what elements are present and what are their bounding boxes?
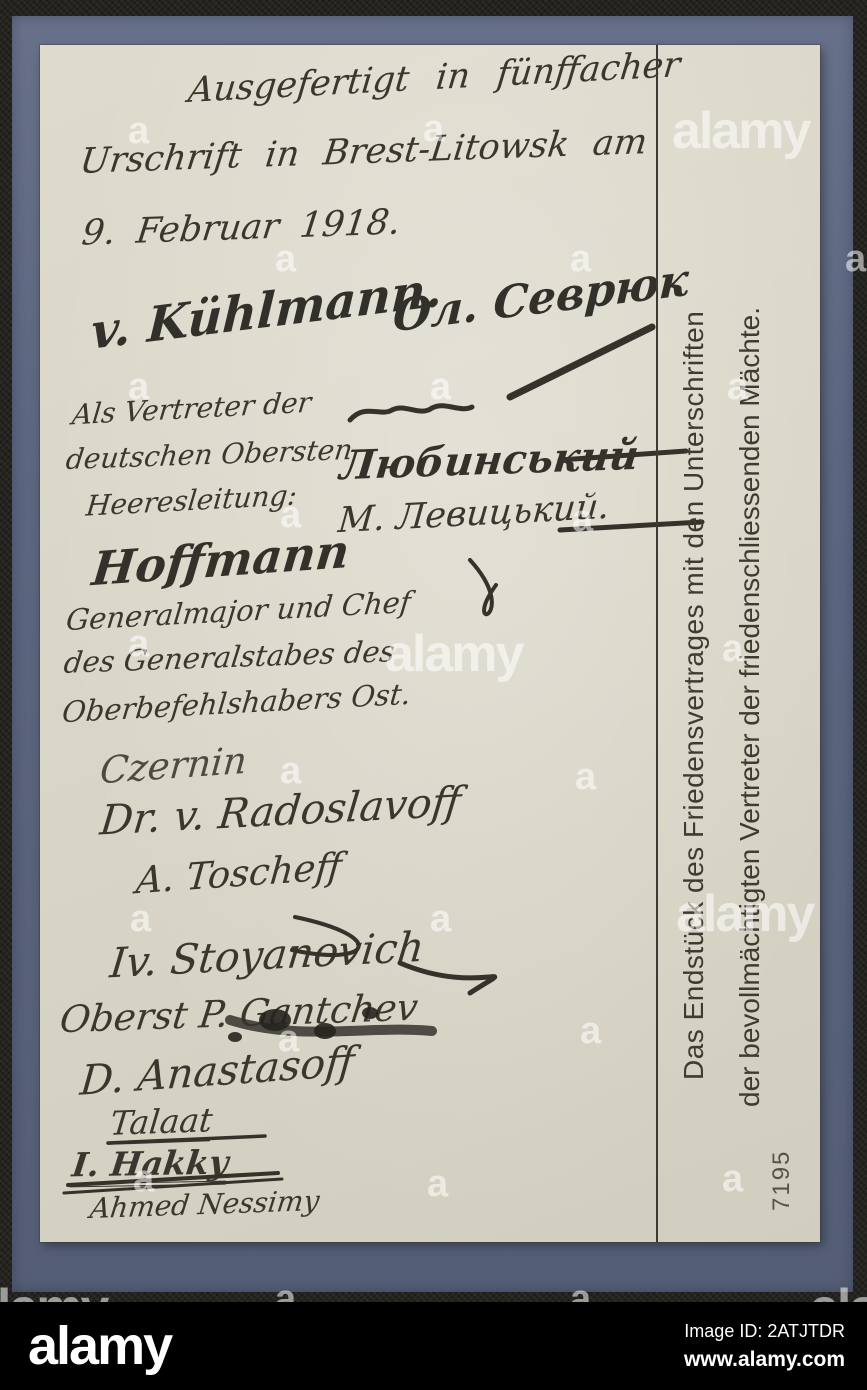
handwriting-als-vertreter: Als Vertreter der bbox=[71, 389, 313, 430]
signature-levitsky: М. Левицький. bbox=[337, 490, 611, 539]
alamy-stock-photo-page: Ausgefertigt in fünffacher Urschrift in … bbox=[0, 0, 867, 1390]
handwriting-generalmajor: Generalmajor und Chef bbox=[65, 588, 412, 635]
image-id-label: Image ID: 2ATJTDR bbox=[684, 1321, 845, 1342]
signature-czernin: Czernin bbox=[99, 742, 249, 790]
printed-caption-line-2: der bevollmächtigten Vertreter der fried… bbox=[734, 307, 766, 1107]
signature-stoyanovich: Iv. Stoyanovich bbox=[108, 927, 426, 985]
handwriting-oberbefehlshaber: Oberbefehlshabers Ost. bbox=[61, 680, 413, 727]
signature-kuehlmann: v. Kühlmann. bbox=[90, 265, 443, 357]
signature-toscheff: A. Toscheff bbox=[135, 848, 344, 900]
signature-radoslavoff: Dr. v. Radoslavoff bbox=[98, 781, 463, 841]
alamy-footer-info: Image ID: 2ATJTDR www.alamy.com bbox=[684, 1321, 845, 1372]
signature-gantchev: Oberst P. Gantchev bbox=[58, 989, 420, 1039]
document-card: Ausgefertigt in fünffacher Urschrift in … bbox=[40, 45, 820, 1242]
handwriting-line-urschrift: Urschrift in Brest-Litowsk am bbox=[78, 125, 649, 180]
handwriting-line-date: 9. Februar 1918. bbox=[80, 205, 402, 251]
signature-hakky: I. Hakky bbox=[70, 1146, 231, 1188]
alamy-logo: alamy bbox=[28, 1319, 171, 1373]
signature-hoffmann: Hoffmann bbox=[90, 528, 352, 592]
photo-of-document: Ausgefertigt in fünffacher Urschrift in … bbox=[0, 0, 867, 1302]
caption-divider-line bbox=[656, 45, 658, 1242]
signature-lyubinsky: Любинський bbox=[338, 436, 641, 487]
printed-caption-line-1: Das Endstück des Friedensvertrages mit d… bbox=[678, 311, 710, 1080]
alamy-url: www.alamy.com bbox=[684, 1348, 845, 1372]
signature-anastasoff: D. Anastasoff bbox=[79, 1041, 357, 1102]
signature-ahmed-nessimy: Ahmed Nessimy bbox=[88, 1187, 321, 1223]
handwriting-heeresleitung: Heeresleitung: bbox=[85, 481, 299, 520]
serial-number: 7195 bbox=[768, 1150, 796, 1211]
handwriting-line-ausgefertigt: Ausgefertigt in fünffacher bbox=[186, 48, 681, 109]
handwriting-deutschen-obersten: deutschen Obersten bbox=[64, 436, 354, 474]
handwriting-generalstab: des Generalstabes des bbox=[62, 637, 396, 678]
signature-talaat: Talaat bbox=[108, 1103, 214, 1145]
alamy-footer-bar: alamy Image ID: 2ATJTDR www.alamy.com bbox=[0, 1302, 867, 1390]
